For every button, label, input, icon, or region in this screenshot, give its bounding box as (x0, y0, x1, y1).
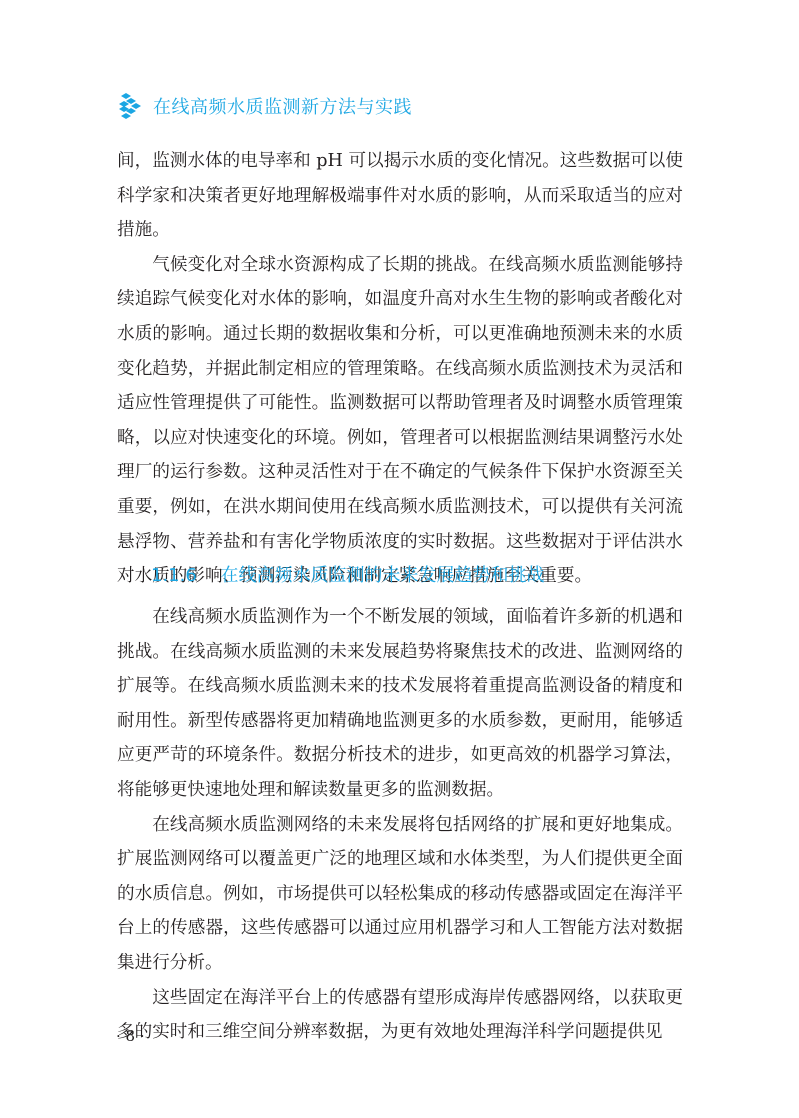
section-number: 1.1.6 (151, 565, 197, 586)
book-title: 在线高频水质监测新方法与实践 (153, 93, 412, 119)
paragraph: 在线高频水质监测作为一个不断发展的领域，面临着许多新的机遇和挑战。在线高频水质监… (117, 600, 683, 808)
paragraph: 间，监测水体的电导率和 pH 可以揭示水质的变化情况。这些数据可以使科学家和决策… (117, 144, 683, 248)
page-number: · 8 · (116, 1027, 145, 1045)
paragraph: 这些固定在海洋平台上的传感器有望形成海岸传感器网络，以获取更多的实时和三维空间分… (117, 981, 683, 1050)
section-title: 在线高频水质监测的未来发展趋势和挑战 (221, 565, 545, 586)
body-text-bottom: 在线高频水质监测作为一个不断发展的领域，面临着许多新的机遇和挑战。在线高频水质监… (117, 600, 683, 1050)
paragraph: 在线高频水质监测网络的未来发展将包括网络的扩展和更好地集成。扩展监测网络可以覆盖… (117, 808, 683, 981)
section-heading: 1.1.6 在线高频水质监测的未来发展趋势和挑战 (151, 561, 545, 587)
running-header: 在线高频水质监测新方法与实践 (117, 91, 412, 121)
body-text-top: 间，监测水体的电导率和 pH 可以揭示水质的变化情况。这些数据可以使科学家和决策… (117, 144, 683, 594)
stacked-diamond-icon (117, 93, 143, 119)
paragraph: 气候变化对全球水资源构成了长期的挑战。在线高频水质监测能够持续追踪气候变化对水体… (117, 248, 683, 594)
